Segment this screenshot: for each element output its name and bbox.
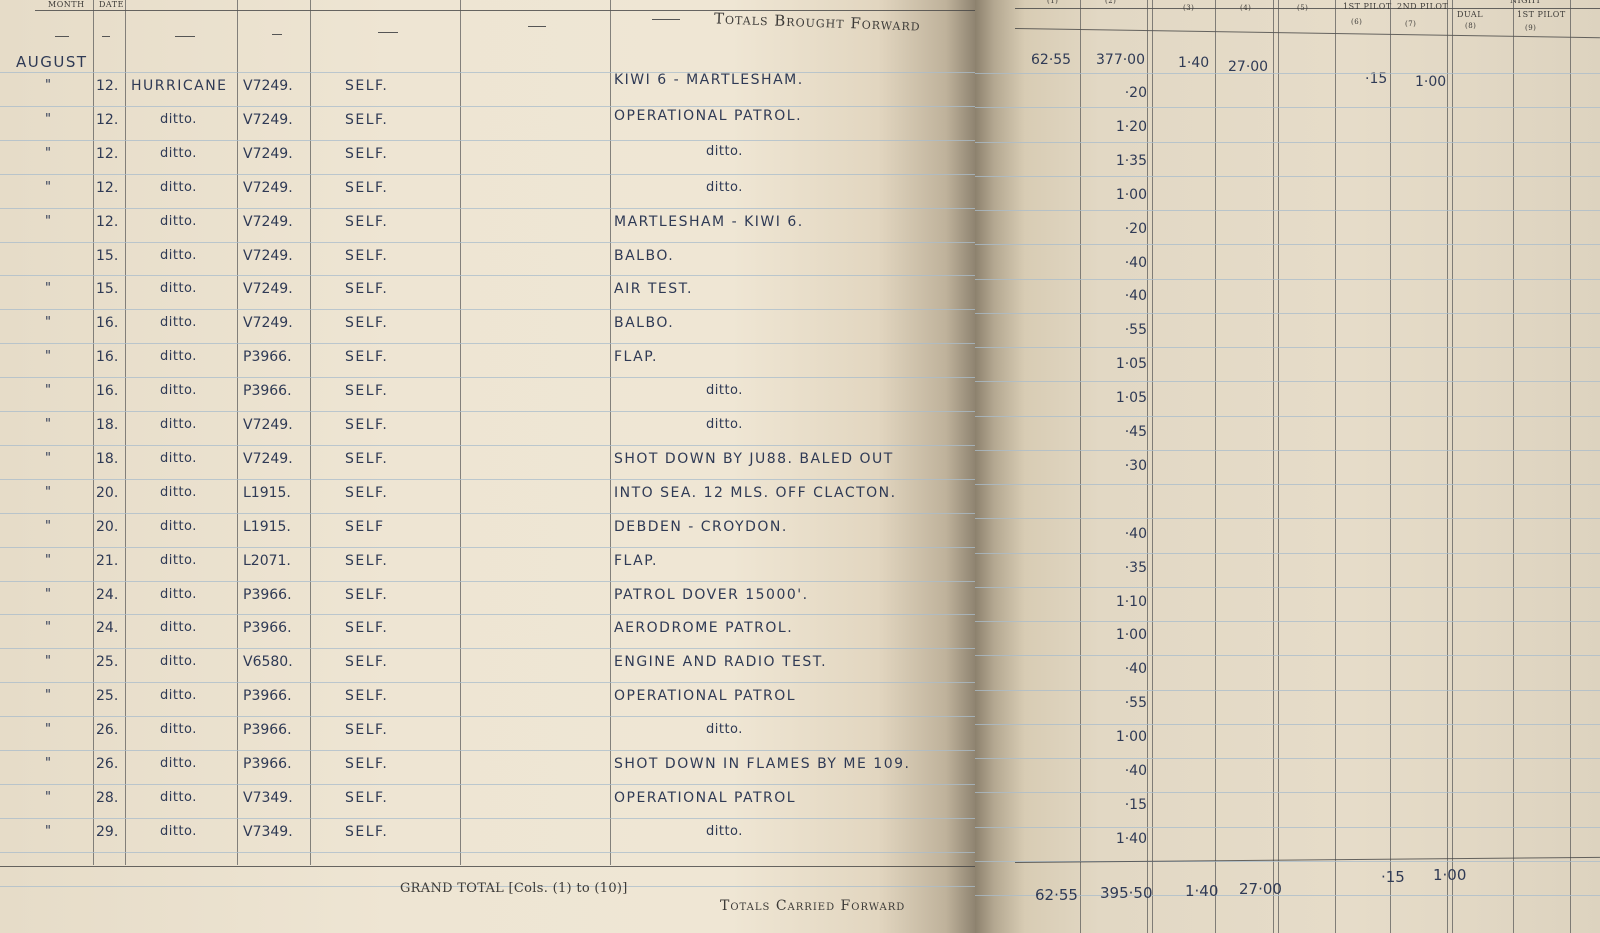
ruled-line [0,174,975,175]
ditto-mark: " [45,519,51,534]
flight-time-col2: ·20 [1125,221,1147,237]
ruled-line [975,142,1600,143]
pilot-name: SELF. [345,281,388,297]
dash-mark [652,19,680,20]
flight-time-col2: ·40 [1125,526,1147,542]
column-number: (3) [1183,4,1194,12]
pilot-name: SELF. [345,180,388,196]
pilot-name: SELF. [345,349,388,365]
duty-remarks: ditto. [706,180,743,195]
flight-time-col2: 1·05 [1116,356,1147,372]
duty-remarks: FLAP. [614,349,658,365]
ruled-line [0,581,975,582]
entry-date: 26. [96,756,118,772]
flight-time-col2: 1·40 [1116,831,1147,847]
duty-remarks: PATROL DOVER 15000'. [614,587,809,603]
flight-time-col2: ·35 [1125,560,1147,576]
pilot-name: SELF. [345,553,388,569]
aircraft-type: ditto. [160,146,197,161]
aircraft-type: ditto. [160,349,197,364]
ruled-line [975,484,1600,485]
duty-remarks: SHOT DOWN IN FLAMES BY ME 109. [614,756,910,772]
aircraft-number: V7349. [243,824,293,840]
pilot-name: SELF. [345,654,388,670]
duty-remarks: ditto. [706,383,743,398]
ditto-mark: " [45,553,51,568]
duty-remarks: ditto. [706,417,743,432]
ruled-line [975,176,1600,177]
pilot-name: SELF. [345,417,388,433]
entry-date: 24. [96,587,118,603]
night-group-header: Night [1510,0,1541,5]
entry-date: 16. [96,383,118,399]
cf-col1: 62·55 [1035,886,1078,904]
column-number: (4) [1240,4,1251,12]
aircraft-number: P3966. [243,587,292,603]
entry-date: 12. [96,78,118,94]
aircraft-number: V7249. [243,180,293,196]
ruled-line [0,411,975,412]
pilot-name: SELF. [345,315,388,331]
aircraft-number: L1915. [243,485,291,501]
column-divider [237,0,238,865]
duty-remarks: BALBO. [614,248,674,264]
aircraft-type: ditto. [160,180,197,195]
ruled-line [975,758,1600,759]
duty-remarks: OPERATIONAL PATROL [614,790,796,806]
logbook-left-page: MONTH DATE Totals Brought Forward August… [0,0,975,933]
totals-brought-forward-label: Totals Brought Forward [714,9,921,34]
aircraft-type: ditto. [160,417,197,432]
aircraft-type: ditto. [160,214,197,229]
pilot-name: SELF. [345,756,388,772]
pilot-name: SELF. [345,451,388,467]
column-number: (1) [1047,0,1058,5]
aircraft-number: V7249. [243,248,293,264]
ruled-line [0,445,975,446]
ruled-line [0,275,975,276]
entry-date: 15. [96,248,118,264]
ruled-line [975,313,1600,314]
column-header-label: 2nd Pilot [1397,2,1448,11]
ditto-mark: " [45,620,51,635]
ditto-mark: " [45,824,51,839]
dash-mark [175,36,195,37]
column-number: (5) [1297,4,1308,12]
ruled-line [0,309,975,310]
ruled-line [975,279,1600,280]
cf-col7: 1·00 [1433,866,1466,884]
cf-col6: ·15 [1381,868,1405,886]
flight-time-col2: ·45 [1125,424,1147,440]
ruled-line [975,450,1600,451]
ruled-line [975,587,1600,588]
entry-date: 24. [96,620,118,636]
duty-remarks: MARTLESHAM - KIWI 6. [614,214,804,230]
flight-time-col2: 1·10 [1116,594,1147,610]
column-divider [93,0,94,865]
column-header-label: 1st Pilot [1517,10,1566,19]
ruled-line [0,648,975,649]
flight-time-col2: ·40 [1125,763,1147,779]
ruled-line [0,106,975,107]
duty-remarks: OPERATIONAL PATROL. [614,108,802,124]
ditto-mark: " [45,417,51,432]
aircraft-type: ditto. [160,383,197,398]
column-divider [610,0,611,865]
ditto-mark: " [45,281,51,296]
cf-col3: 1·40 [1185,882,1218,900]
entry-date: 12. [96,180,118,196]
aircraft-number: L2071. [243,553,291,569]
entry-date: 20. [96,485,118,501]
ditto-mark: " [45,451,51,466]
ruled-line [975,553,1600,554]
flight-time-col2: 1·00 [1116,627,1147,643]
column-divider [460,0,461,865]
ruled-line [0,716,975,717]
dash-mark [272,34,282,35]
bf-col1: 62·55 [1031,52,1071,68]
duty-remarks: ditto. [706,144,743,159]
aircraft-type: HURRICANE [131,78,228,94]
aircraft-type: ditto. [160,315,197,330]
aircraft-type: ditto. [160,654,197,669]
ruled-line [0,852,975,853]
column-number: (2) [1105,0,1116,5]
pilot-name: SELF. [345,112,388,128]
flight-time-col2: ·40 [1125,661,1147,677]
aircraft-type: ditto. [160,485,197,500]
duty-remarks: ditto. [706,824,743,839]
entry-date: 20. [96,519,118,535]
ditto-mark: " [45,214,51,229]
column-number: (7) [1405,20,1416,28]
aircraft-number: V7249. [243,214,293,230]
aircraft-type: ditto. [160,824,197,839]
flight-time-col2: ·55 [1125,322,1147,338]
aircraft-number: P3966. [243,620,292,636]
column-header-label: Dual [1457,10,1483,19]
pilot-name: SELF. [345,688,388,704]
month-column-header: MONTH [48,0,85,9]
entry-date: 18. [96,417,118,433]
ruled-line [975,621,1600,622]
ditto-mark: " [45,722,51,737]
aircraft-number: V7349. [243,790,293,806]
ruled-line [0,72,975,73]
entry-date: 29. [96,824,118,840]
aircraft-type: ditto. [160,451,197,466]
aircraft-type: ditto. [160,790,197,805]
duty-remarks: OPERATIONAL PATROL [614,688,796,704]
aircraft-number: V7249. [243,315,293,331]
ruled-line [0,784,975,785]
aircraft-number: V7249. [243,281,293,297]
entry-date: 16. [96,349,118,365]
ruled-line [975,107,1600,108]
ruled-line [0,547,975,548]
flight-time-col2: 1·00 [1116,729,1147,745]
ruled-line [975,244,1600,245]
ruled-line [975,655,1600,656]
dash-mark [378,32,398,33]
ruled-line [0,682,975,683]
aircraft-type: ditto. [160,587,197,602]
entry-date: 26. [96,722,118,738]
duty-remarks: AIR TEST. [614,281,693,297]
ruled-line [975,381,1600,382]
entry-date: 15. [96,281,118,297]
header-rule [35,10,975,11]
pilot-name: SELF. [345,78,388,94]
ruled-line [0,818,975,819]
pilot-name: SELF [345,519,385,535]
footer-rule [0,866,975,867]
pilot-name: SELF. [345,485,388,501]
duty-remarks: ditto. [706,722,743,737]
ruled-line [975,210,1600,211]
aircraft-number: V7249. [243,451,293,467]
ditto-mark: " [45,78,51,93]
entry-date: 12. [96,214,118,230]
flight-time-col2: ·40 [1125,288,1147,304]
column-divider [310,0,311,865]
ditto-mark: " [45,654,51,669]
aircraft-number: P3966. [243,383,292,399]
flight-time-col2: ·40 [1125,255,1147,271]
ruled-line [0,614,975,615]
entry-date: 12. [96,146,118,162]
duty-remarks: DEBDEN - CROYDON. [614,519,788,535]
entry-date: 16. [96,315,118,331]
aircraft-number: P3966. [243,722,292,738]
bf-col2: 377·00 [1096,52,1145,68]
duty-remarks: BALBO. [614,315,674,331]
month-label: August [16,53,88,71]
aircraft-type: ditto. [160,281,197,296]
aircraft-number: P3966. [243,688,292,704]
flight-time-col2: ·20 [1125,85,1147,101]
ruled-line [0,140,975,141]
ruled-line [975,690,1600,691]
ditto-mark: " [45,756,51,771]
entry-date: 18. [96,451,118,467]
ruled-line [975,347,1600,348]
ruled-line [0,479,975,480]
pilot-name: SELF. [345,383,388,399]
entry-date: 28. [96,790,118,806]
duty-remarks: KIWI 6 - MARTLESHAM. [614,72,804,88]
pilot-name: SELF. [345,248,388,264]
pilot-name: SELF. [345,587,388,603]
ruled-line [0,750,975,751]
aircraft-number: V7249. [243,417,293,433]
ditto-mark: " [45,485,51,500]
dash-mark [55,36,69,37]
aircraft-type: ditto. [160,519,197,534]
totals-carried-forward-label: Totals Carried Forward [720,898,905,914]
duty-remarks: INTO SEA. 12 MLS. OFF CLACTON. [614,485,897,501]
aircraft-type: ditto. [160,248,197,263]
ditto-mark: " [45,180,51,195]
ditto-mark: " [45,146,51,161]
ruled-line [975,724,1600,725]
entry-date: 12. [96,112,118,128]
ditto-mark: " [45,587,51,602]
ditto-mark: " [45,112,51,127]
duty-remarks: FLAP. [614,553,658,569]
aircraft-number: P3966. [243,756,292,772]
ruled-line [0,242,975,243]
pilot-name: SELF. [345,214,388,230]
entry-date: 25. [96,688,118,704]
flight-time-col2: ·30 [1125,458,1147,474]
pilot-name: SELF. [345,620,388,636]
ruled-line [0,208,975,209]
cf-col2: 395·50 [1100,884,1153,902]
ruled-line [975,827,1600,828]
cf-col4: 27·00 [1239,880,1282,898]
ruled-line [975,518,1600,519]
duty-remarks: SHOT DOWN BY JU88. BALED OUT [614,451,894,467]
pilot-name: SELF. [345,790,388,806]
column-number: (6) [1351,18,1362,26]
flight-time-col2: 1·35 [1116,153,1147,169]
ruled-line [0,377,975,378]
column-number: (9) [1525,24,1536,32]
date-column-header: DATE [99,0,124,9]
aircraft-number: P3966. [243,349,292,365]
ruled-line [0,513,975,514]
ruled-line [975,416,1600,417]
aircraft-number: V7249. [243,112,293,128]
column-header-label: 1st Pilot [1343,2,1392,11]
duty-remarks: AERODROME PATROL. [614,620,793,636]
column-divider [125,0,126,865]
aircraft-type: ditto. [160,553,197,568]
column-number: (8) [1465,22,1476,30]
aircraft-number: L1915. [243,519,291,535]
aircraft-type: ditto. [160,620,197,635]
pilot-name: SELF. [345,146,388,162]
ruled-line [0,343,975,344]
grand-total-label: GRAND TOTAL [Cols. (1) to (10)] [400,881,628,896]
flight-time-col2: ·15 [1125,797,1147,813]
flight-time-col2: 1·05 [1116,390,1147,406]
dash-mark [528,26,546,27]
aircraft-type: ditto. [160,756,197,771]
aircraft-number: V7249. [243,78,293,94]
dash-mark [102,36,110,37]
ruled-line [975,792,1600,793]
aircraft-type: ditto. [160,688,197,703]
aircraft-type: ditto. [160,112,197,127]
logbook-right-page: (1)(2)(3)(4)(5)1st Pilot(6)2nd Pilot(7)D… [975,0,1600,933]
aircraft-type: ditto. [160,722,197,737]
bf-col3: 1·40 [1178,55,1209,71]
flight-time-col2: 1·20 [1116,119,1147,135]
bf-col7: 1·00 [1415,74,1446,90]
pilot-name: SELF. [345,824,388,840]
flight-time-col2: ·55 [1125,695,1147,711]
ruled-line [975,73,1600,74]
ditto-mark: " [45,790,51,805]
pilot-name: SELF. [345,722,388,738]
aircraft-number: V6580. [243,654,293,670]
duty-remarks: ENGINE AND RADIO TEST. [614,654,827,670]
aircraft-number: V7249. [243,146,293,162]
flight-time-col2: 1·00 [1116,187,1147,203]
ditto-mark: " [45,315,51,330]
entry-date: 21. [96,553,118,569]
ditto-mark: " [45,383,51,398]
ditto-mark: " [45,349,51,364]
entry-date: 25. [96,654,118,670]
ditto-mark: " [45,688,51,703]
